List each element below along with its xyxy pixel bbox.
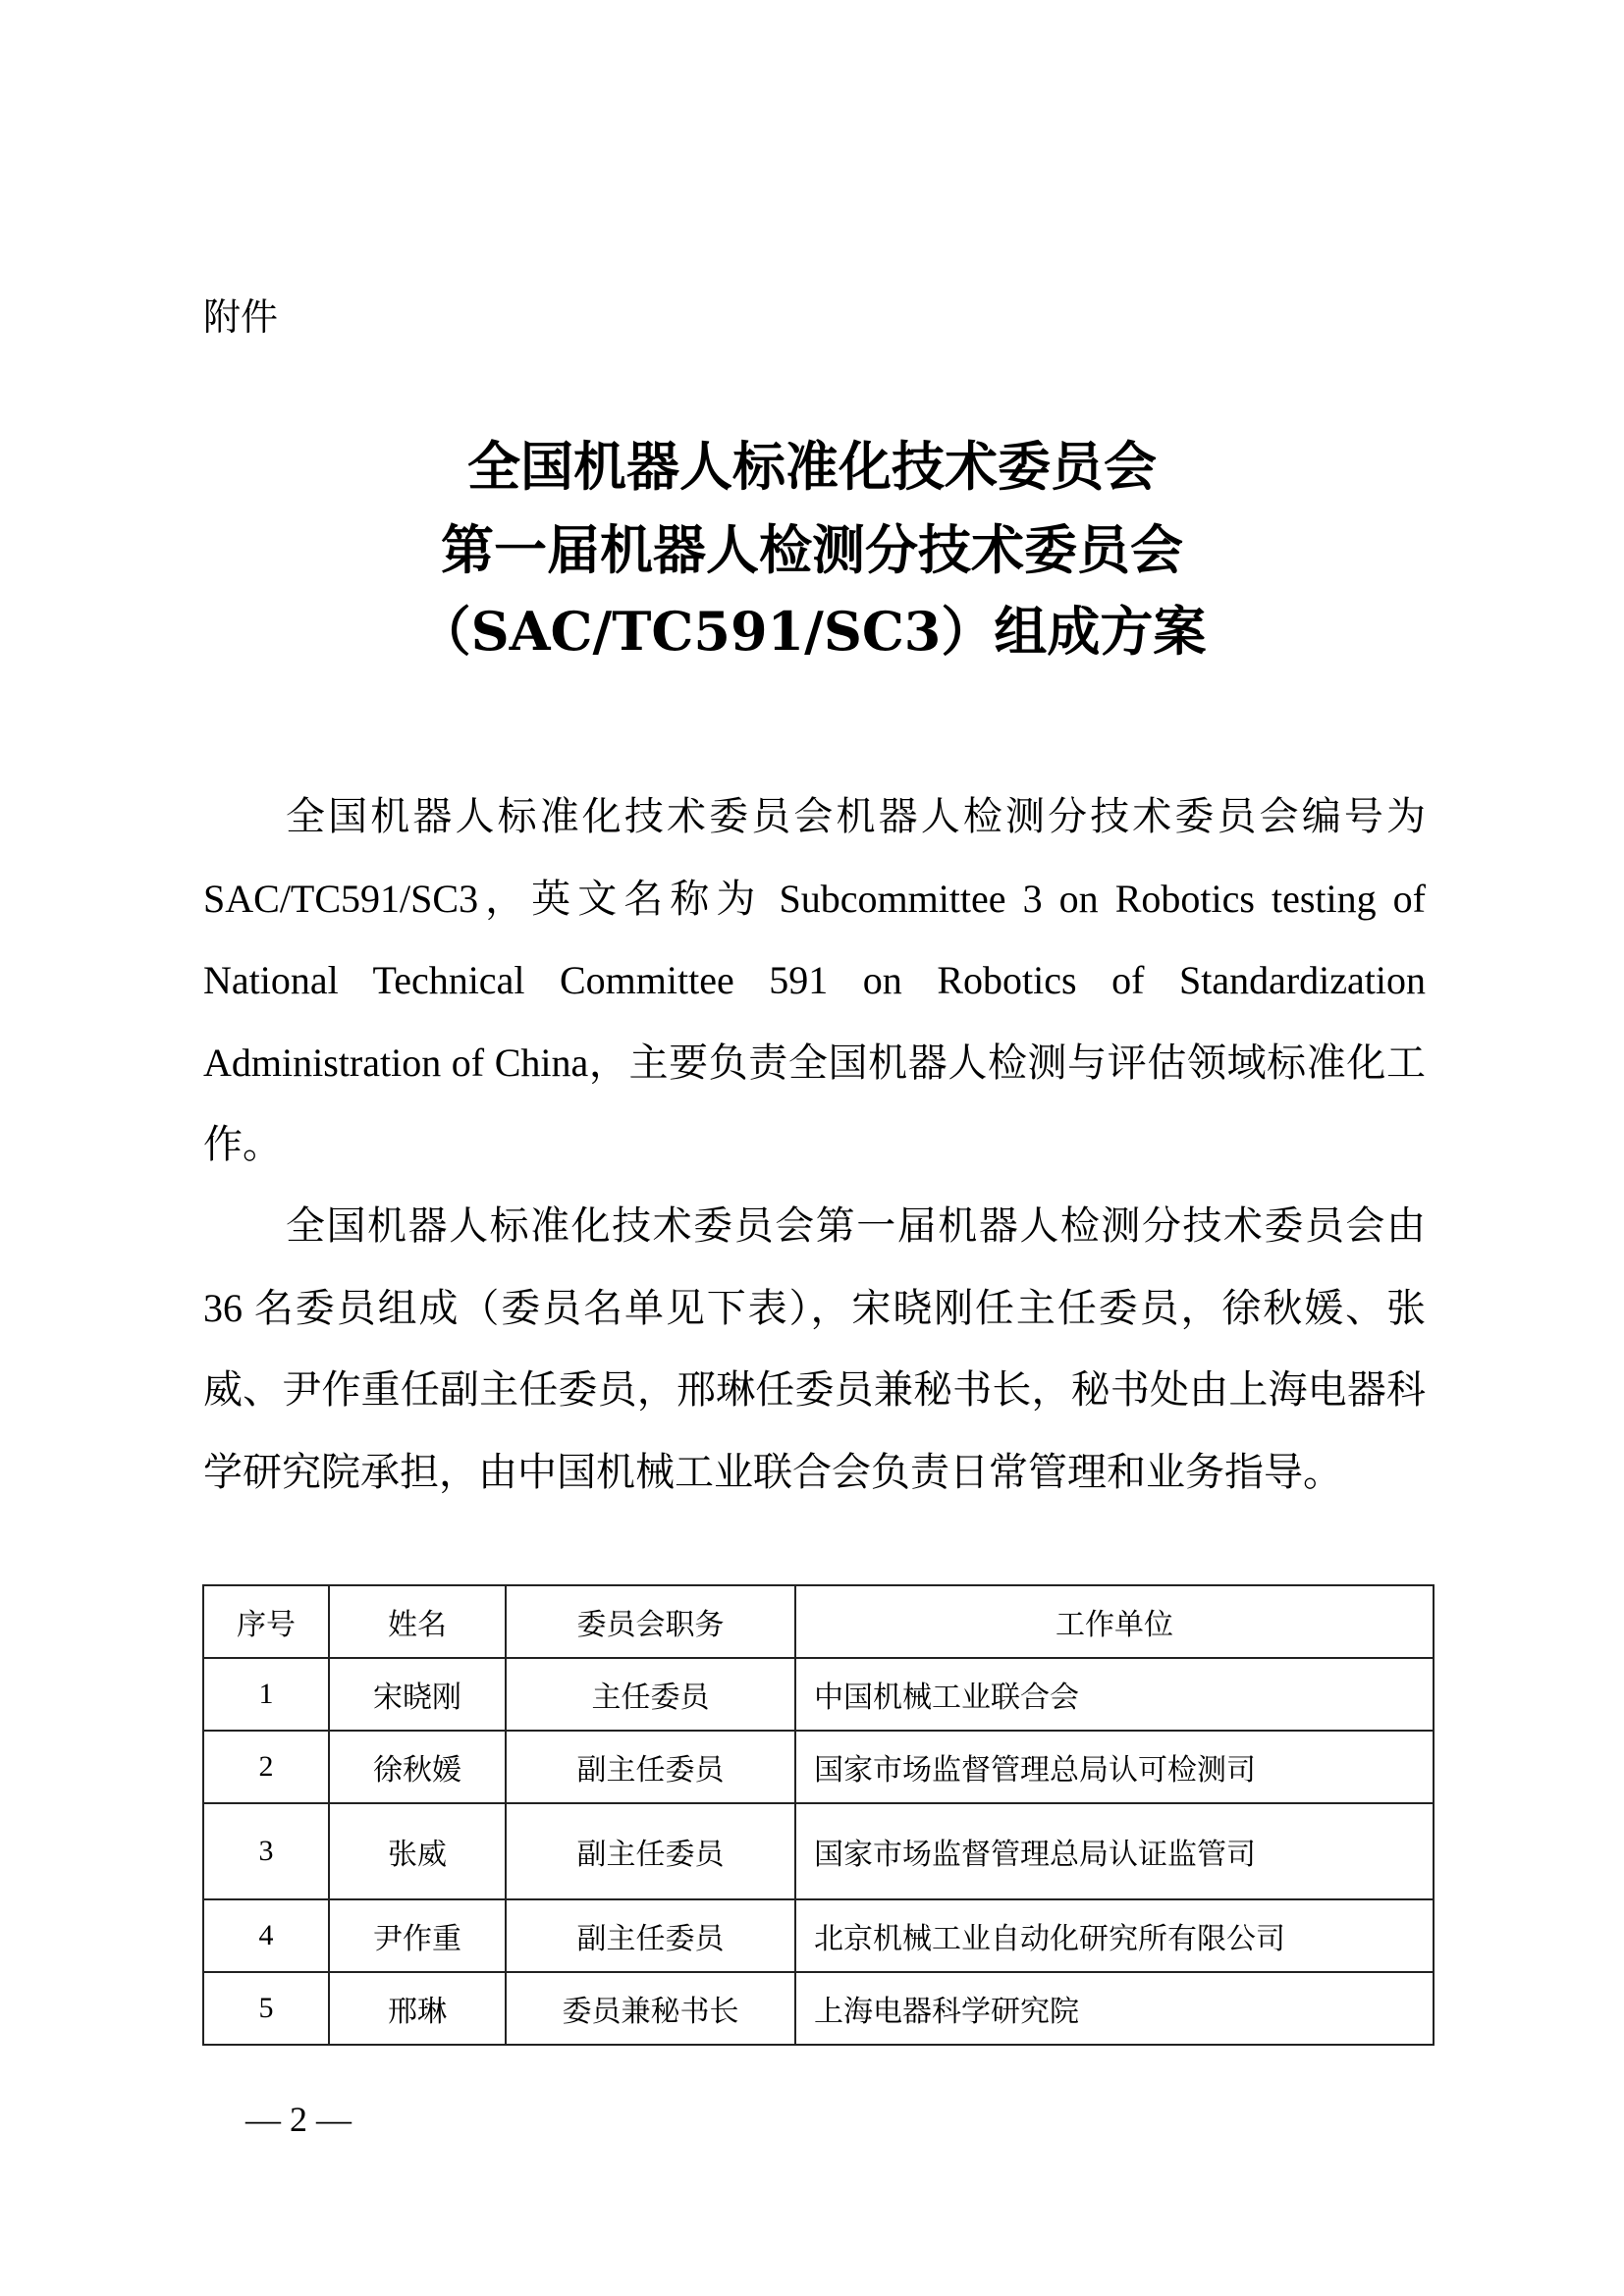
cell-role: 副主任委员 — [506, 1803, 795, 1899]
cell-unit: 上海电器科学研究院 — [795, 1972, 1434, 2045]
cell-name: 宋晓刚 — [329, 1658, 506, 1731]
paragraph-text: 全国机器人标准化技术委员会机器人检测分技术委员会编号为 SAC/TC591/SC… — [203, 775, 1426, 1186]
document-title-line-2: 第一届机器人检测分技术委员会 — [0, 523, 1624, 576]
body-paragraph-1: 全国机器人标准化技术委员会机器人检测分技术委员会编号为 SAC/TC591/SC… — [203, 775, 1426, 1186]
cell-index: 1 — [203, 1658, 329, 1731]
header-index: 序号 — [203, 1585, 329, 1658]
cell-name: 徐秋媛 — [329, 1731, 506, 1803]
cell-role: 副主任委员 — [506, 1731, 795, 1803]
document-title-line-1: 全国机器人标准化技术委员会 — [0, 440, 1624, 493]
cell-unit: 中国机械工业联合会 — [795, 1658, 1434, 1731]
table-row: 1 宋晓刚 主任委员 中国机械工业联合会 — [203, 1658, 1434, 1731]
page-number: — 2 — — [245, 2099, 352, 2140]
cell-name: 张威 — [329, 1803, 506, 1899]
cell-unit: 北京机械工业自动化研究所有限公司 — [795, 1899, 1434, 1972]
cell-role: 委员兼秘书长 — [506, 1972, 795, 2045]
cell-unit: 国家市场监督管理总局认证监管司 — [795, 1803, 1434, 1899]
table-row: 5 邢琳 委员兼秘书长 上海电器科学研究院 — [203, 1972, 1434, 2045]
paragraph-text: 全国机器人标准化技术委员会第一届机器人检测分技术委员会由 36 名委员组成（委员… — [203, 1185, 1426, 1513]
cell-index: 5 — [203, 1972, 329, 2045]
header-name: 姓名 — [329, 1585, 506, 1658]
table-row: 4 尹作重 副主任委员 北京机械工业自动化研究所有限公司 — [203, 1899, 1434, 1972]
body-paragraph-2: 全国机器人标准化技术委员会第一届机器人检测分技术委员会由 36 名委员组成（委员… — [203, 1185, 1426, 1513]
member-table: 序号 姓名 委员会职务 工作单位 1 宋晓刚 主任委员 中国机械工业联合会 2 … — [202, 1584, 1435, 2046]
cell-role: 主任委员 — [506, 1658, 795, 1731]
document-title-line-3: （SAC/TC591/SC3）组成方案 — [0, 605, 1624, 658]
header-role: 委员会职务 — [506, 1585, 795, 1658]
cell-name: 尹作重 — [329, 1899, 506, 1972]
table-row: 3 张威 副主任委员 国家市场监督管理总局认证监管司 — [203, 1803, 1434, 1899]
table-header-row: 序号 姓名 委员会职务 工作单位 — [203, 1585, 1434, 1658]
cell-role: 副主任委员 — [506, 1899, 795, 1972]
cell-index: 3 — [203, 1803, 329, 1899]
cell-index: 2 — [203, 1731, 329, 1803]
cell-unit: 国家市场监督管理总局认可检测司 — [795, 1731, 1434, 1803]
table-row: 2 徐秋媛 副主任委员 国家市场监督管理总局认可检测司 — [203, 1731, 1434, 1803]
attachment-label: 附件 — [203, 287, 278, 341]
cell-name: 邢琳 — [329, 1972, 506, 2045]
header-unit: 工作单位 — [795, 1585, 1434, 1658]
cell-index: 4 — [203, 1899, 329, 1972]
